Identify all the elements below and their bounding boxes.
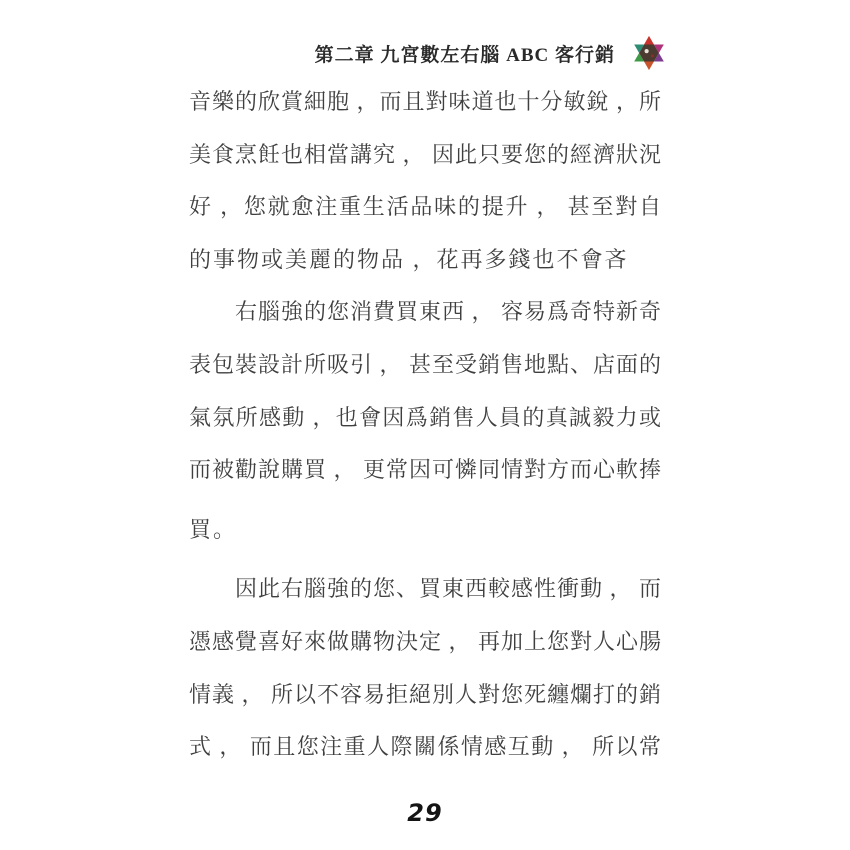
- text-line: 音樂的欣賞細胞 ，而且對味道也十分敏銳 ，所以對: [189, 76, 662, 129]
- text-line: 表包裝設計所吸引 ， 甚至受銷售地點、店面的裝潢: [189, 339, 662, 392]
- text-line: 憑感覺喜好來做購物決定 ， 再加上您對人心腸軟重: [189, 616, 662, 669]
- text-line-paragraph-start: 右腦強的您消費買東西 ， 容易爲奇特新奇的外: [189, 286, 662, 339]
- text-line: 式 ， 而且您注重人際關係情感互動 ， 所以常會自己: [189, 721, 662, 774]
- text-line: 氣氛所感動 ，也會因爲銷售人員的真誠毅力或口才: [189, 392, 662, 445]
- chapter-title: 第二章 九宮數左右腦 ABC 客行銷: [315, 40, 615, 67]
- text-line: 好 ，您就愈注重生活品味的提升 ， 甚至對自己興趣: [189, 181, 662, 234]
- page-number: 29: [407, 799, 442, 827]
- six-pointed-star-logo-icon: [630, 33, 668, 73]
- page-footer: 29: [0, 799, 850, 827]
- body-text: 音樂的欣賞細胞 ，而且對味道也十分敏銳 ，所以對 美食烹飪也相當講究 ， 因此只…: [189, 76, 662, 774]
- text-line: 而被勸說購買 ， 更常因可憐同情對方而心軟捧場購: [189, 444, 662, 497]
- chapter-header: 第二章 九宮數左右腦 ABC 客行銷: [0, 33, 668, 73]
- text-line-paragraph-start: 因此右腦強的您、買東西較感性衝動 ， 而且常: [189, 563, 662, 616]
- book-page-scan: 第二章 九宮數左右腦 ABC 客行銷 音樂的欣賞細胞 ，而且對味道也十分敏銳 ，…: [0, 0, 850, 850]
- text-line: 的事物或美麗的物品 ，花再多錢也不會吝嗇。: [189, 234, 662, 287]
- text-line: 情義 ， 所以不容易拒絕別人對您死纏爛打的銷售方: [189, 669, 662, 722]
- text-line: 買。: [189, 504, 662, 557]
- text-line: 美食烹飪也相當講究 ， 因此只要您的經濟狀況愈: [189, 129, 662, 182]
